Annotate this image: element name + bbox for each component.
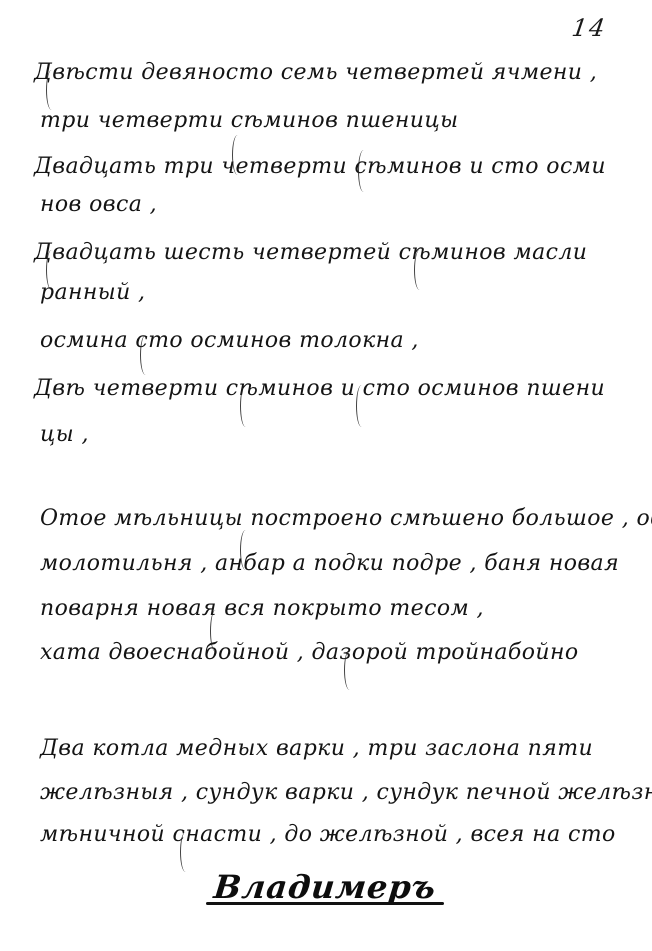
manuscript-line-2: три четверти сѣминов пшеницы xyxy=(40,110,458,132)
descender-flourish xyxy=(210,610,221,652)
manuscript-line-13: хата двоеснабойной , дазорой тройнабойно xyxy=(40,642,579,664)
manuscript-line-11: молотильня , анбар а подки подре , баня … xyxy=(40,553,619,575)
page-number: 14 xyxy=(570,14,608,42)
manuscript-line-3: Двадцать три четверти сѣминов и сто осми xyxy=(34,156,606,178)
descender-flourish xyxy=(358,150,369,192)
manuscript-line-9: цы , xyxy=(40,424,89,446)
manuscript-line-6: ранный , xyxy=(40,282,145,304)
descender-flourish xyxy=(232,135,243,175)
manuscript-line-14: Два котла медных варки , три заслона пят… xyxy=(40,738,593,760)
descender-flourish xyxy=(414,250,425,290)
manuscript-line-1: Двѣсти девяносто семь четвертей ячмени , xyxy=(34,62,597,84)
descender-flourish xyxy=(180,832,191,872)
manuscript-line-4: нов овса , xyxy=(40,194,157,216)
manuscript-line-5: Двадцать шесть четвертей сѣминов масли xyxy=(34,242,587,264)
descender-flourish xyxy=(344,650,355,690)
manuscript-line-16: мѣничной снасти , до желѣзной , всея на … xyxy=(40,824,616,846)
manuscript-line-10: Отое мѣльницы построено смѣшено большое … xyxy=(40,508,652,530)
manuscript-page: 14 Двѣсти девяносто семь четвертей ячмен… xyxy=(0,0,652,951)
descender-flourish xyxy=(140,335,151,375)
manuscript-line-12: поварня новая вся покрыто тесом , xyxy=(40,598,484,620)
descender-flourish xyxy=(240,385,251,427)
descender-flourish xyxy=(240,530,251,570)
descender-flourish xyxy=(46,70,57,110)
manuscript-line-7: осмина сто осминов толокна , xyxy=(40,330,419,352)
descender-flourish xyxy=(46,250,57,290)
signature-underline xyxy=(206,902,444,905)
manuscript-line-15: желѣзныя , сундук варки , сундук печной … xyxy=(40,782,652,804)
signature: Владимеръ xyxy=(212,868,438,906)
descender-flourish xyxy=(356,385,367,427)
manuscript-line-8: Двѣ четверти сѣминов и сто осминов пшени xyxy=(34,378,605,400)
